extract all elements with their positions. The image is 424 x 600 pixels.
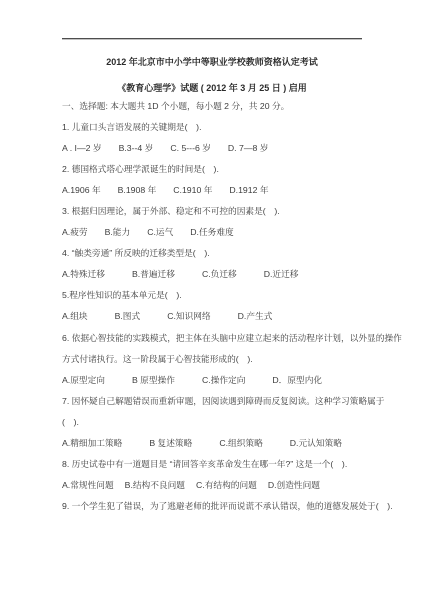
option-item: A.组块 <box>62 310 88 322</box>
option-row: A.1906 年 B.1908 年 C.1910 年 D.1912 年 <box>62 179 410 200</box>
section-heading: 一、选择题: 本大题共 1D 个小题，每小题 2 分，共 20 分。 <box>62 95 410 116</box>
option-item: A.原型定向 <box>62 374 105 386</box>
question-text: 2. 德国格式塔心理学派诞生的时间是( ). <box>62 158 410 179</box>
option-item: B 原型操作 <box>132 374 175 386</box>
option-item: B.图式 <box>115 310 141 322</box>
option-item: C.组织策略 <box>219 437 262 449</box>
option-item: C.运气 <box>147 226 173 238</box>
option-item: C.操作定向 <box>202 374 245 386</box>
question-text: 方式付诸执行。这一阶段属于心智技能形成的( ). <box>62 348 410 369</box>
option-item: A . I—2 岁 <box>62 142 102 154</box>
option-item: B.普遍迁移 <box>132 268 175 280</box>
option-row: A.疲劳 B.能力 C.运气 D.任务难度 <box>62 222 410 243</box>
option-item: D.产生式 <box>238 310 273 322</box>
exam-body: 一、选择题: 本大题共 1D 个小题，每小题 2 分，共 20 分。 1. 儿童… <box>62 95 410 517</box>
option-item: D.任务难度 <box>190 226 233 238</box>
question-text: 8. 历史试卷中有一道题目是 “请回答辛亥革命发生在哪一年?” 这是一个( ). <box>62 454 410 475</box>
option-item: B.3--4 岁 <box>119 142 154 154</box>
exam-paper-page: 2012 年北京市中小学中等职业学校教师资格认定考试 《教育心理学》试题 ( 2… <box>0 0 424 600</box>
option-item: C.知识网络 <box>167 310 210 322</box>
option-row: A.常规性问题 B.结构不良问题 C.有结构的问题 D.创造性问题 <box>62 475 410 496</box>
question-text: 5.程序性知识的基本单元是( ). <box>62 285 410 306</box>
option-row: A.组块 B.图式 C.知识网络 D.产生式 <box>62 306 410 327</box>
question-text: 6. 依据心智技能的实践模式，把主体在头脑中应建立起来的活动程序计划，以外显的操… <box>62 327 410 348</box>
question-text: 1. 儿童口头言语发展的关键期是( ). <box>62 116 410 137</box>
option-row: A.精细加工策略 B 复述策略 C.组织策略 D.元认知策略 <box>62 433 410 454</box>
option-item: A.疲劳 <box>62 226 88 238</box>
option-item: D.创造性问题 <box>268 479 320 491</box>
option-row: A.特殊迁移 B.普遍迁移 C.负迁移 D.近迁移 <box>62 264 410 285</box>
question-text: 4. “触类旁通” 所反映的迁移类型是( ). <box>62 243 410 264</box>
option-item: D．原型内化 <box>272 374 322 386</box>
exam-subtitle: 《教育心理学》试题 ( 2012 年 3 月 25 日 ) 启用 <box>0 81 424 94</box>
option-item: D. 7—8 岁 <box>228 142 269 154</box>
exam-title: 2012 年北京市中小学中等职业学校教师资格认定考试 <box>0 55 424 68</box>
option-item: B 复述策略 <box>149 437 192 449</box>
option-item: D.1912 年 <box>229 184 268 196</box>
option-item: B.结构不良问题 <box>125 479 185 491</box>
option-item: B.1908 年 <box>118 184 157 196</box>
option-item: D.近迁移 <box>264 268 299 280</box>
option-item: D.元认知策略 <box>290 437 342 449</box>
question-text: ( ). <box>62 411 410 432</box>
question-text: 3. 根据归因理论，属于外部、稳定和不可控的因素是( ). <box>62 200 410 221</box>
option-item: C.负迁移 <box>202 268 237 280</box>
option-row: A . I—2 岁 B.3--4 岁 C. 5---6 岁 D. 7—8 岁 <box>62 137 410 158</box>
option-item: C. 5---6 岁 <box>170 142 211 154</box>
question-text: 9. 一个学生犯了错误，为了逃避老师的批评而说谎不承认错误，他的道德发展处于( … <box>62 496 410 517</box>
header-rule <box>62 38 362 39</box>
question-text: 7. 因怀疑自己解题错误而重新审题，因阅读遇到障碍而反复阅读。这种学习策略属于 <box>62 390 410 411</box>
option-item: C.1910 年 <box>173 184 212 196</box>
option-item: C.有结构的问题 <box>196 479 257 491</box>
option-item: A.1906 年 <box>62 184 101 196</box>
option-item: B.能力 <box>105 226 131 238</box>
option-item: A.特殊迁移 <box>62 268 105 280</box>
option-item: A.常规性问题 <box>62 479 114 491</box>
option-row: A.原型定向 B 原型操作 C.操作定向 D．原型内化 <box>62 369 410 390</box>
option-item: A.精细加工策略 <box>62 437 122 449</box>
